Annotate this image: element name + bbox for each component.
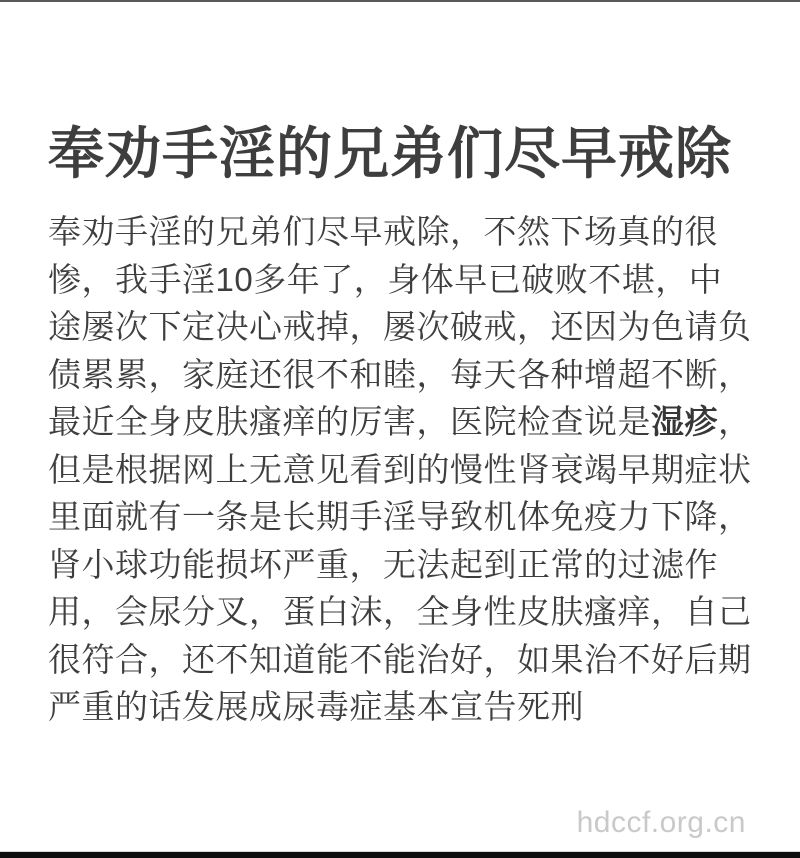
article-page: { "page": { "background": "#ffffff", "to…	[0, 0, 800, 858]
body-text-after: ，但是根据网上无意见看到的慢性肾衰竭早期症状里面就有一条是长期手淫导致机体免疫力…	[48, 403, 752, 725]
bottom-border-bar	[0, 852, 800, 858]
article: 奉劝手淫的兄弟们尽早戒除 奉劝手淫的兄弟们尽早戒除，不然下场真的很惨，我手淫10…	[48, 0, 752, 731]
article-body: 奉劝手淫的兄弟们尽早戒除，不然下场真的很惨，我手淫10多年了，身体早已破败不堪，…	[48, 208, 752, 731]
body-text-before: 奉劝手淫的兄弟们尽早戒除，不然下场真的很惨，我手淫10多年了，身体早已破败不堪，…	[48, 213, 752, 440]
article-title: 奉劝手淫的兄弟们尽早戒除	[48, 122, 752, 186]
bold-term-diagnosis: 湿疹	[651, 403, 718, 440]
site-watermark: hdccf.org.cn	[577, 806, 746, 840]
